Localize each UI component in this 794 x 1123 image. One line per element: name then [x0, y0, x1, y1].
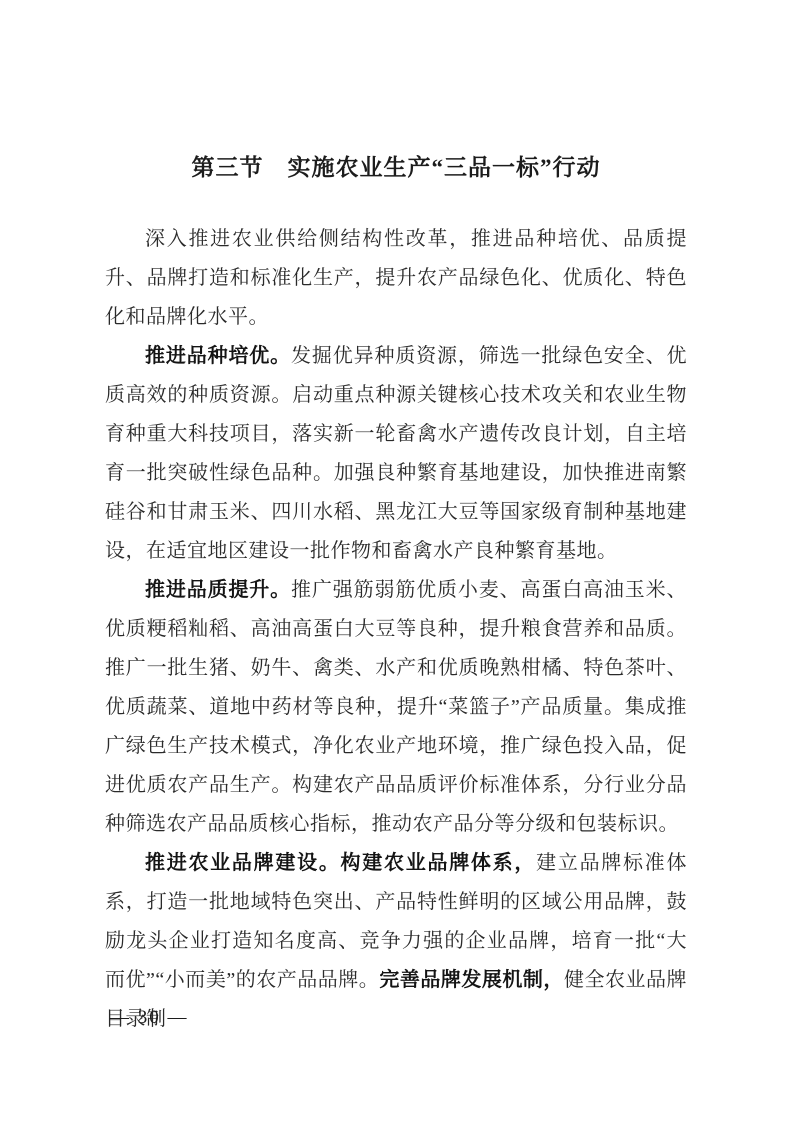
paragraph: 推进农业品牌建设。构建农业品牌体系，建立品牌标准体系，打造一批地域特色突出、产品…	[105, 844, 687, 1039]
paragraph: 推进品质提升。推广强筋弱筋优质小麦、高蛋白高油玉米、优质粳稻籼稻、高油高蛋白大豆…	[105, 571, 687, 844]
paragraph: 推进品种培优。发掘优异种质资源，筛选一批绿色安全、优质高效的种质资源。启动重点种…	[105, 337, 687, 571]
paragraph: 深入推进农业供给侧结构性改革，推进品种培优、品质提升、品牌打造和标准化生产，提升…	[105, 220, 687, 337]
section-title: 第三节 实施农业生产“三品一标”行动	[105, 152, 687, 184]
paragraph-text: 深入推进农业供给侧结构性改革，推进品种培优、品质提升、品牌打造和标准化生产，提升…	[105, 228, 687, 328]
document-page: 第三节 实施农业生产“三品一标”行动 深入推进农业供给侧结构性改革，推进品种培优…	[0, 0, 794, 1123]
paragraph-lead-bold: 推进农业品牌建设。构建农业品牌体系，	[145, 852, 536, 874]
paragraph-text: 推广强筋弱筋优质小麦、高蛋白高油玉米、优质粳稻籼稻、高油高蛋白大豆等良种，提升粮…	[105, 579, 687, 835]
page-number: — 30 —	[110, 1005, 189, 1031]
paragraph-lead-bold: 完善品牌发展机制，	[379, 969, 564, 991]
document-content: 第三节 实施农业生产“三品一标”行动 深入推进农业供给侧结构性改革，推进品种培优…	[105, 152, 687, 1039]
paragraph-lead-bold: 推进品质提升。	[145, 579, 291, 601]
paragraph-text: 发掘优异种质资源，筛选一批绿色安全、优质高效的种质资源。启动重点种源关键核心技术…	[105, 345, 687, 562]
paragraph-lead-bold: 推进品种培优。	[145, 345, 291, 367]
document-body: 深入推进农业供给侧结构性改革，推进品种培优、品质提升、品牌打造和标准化生产，提升…	[105, 220, 687, 1039]
